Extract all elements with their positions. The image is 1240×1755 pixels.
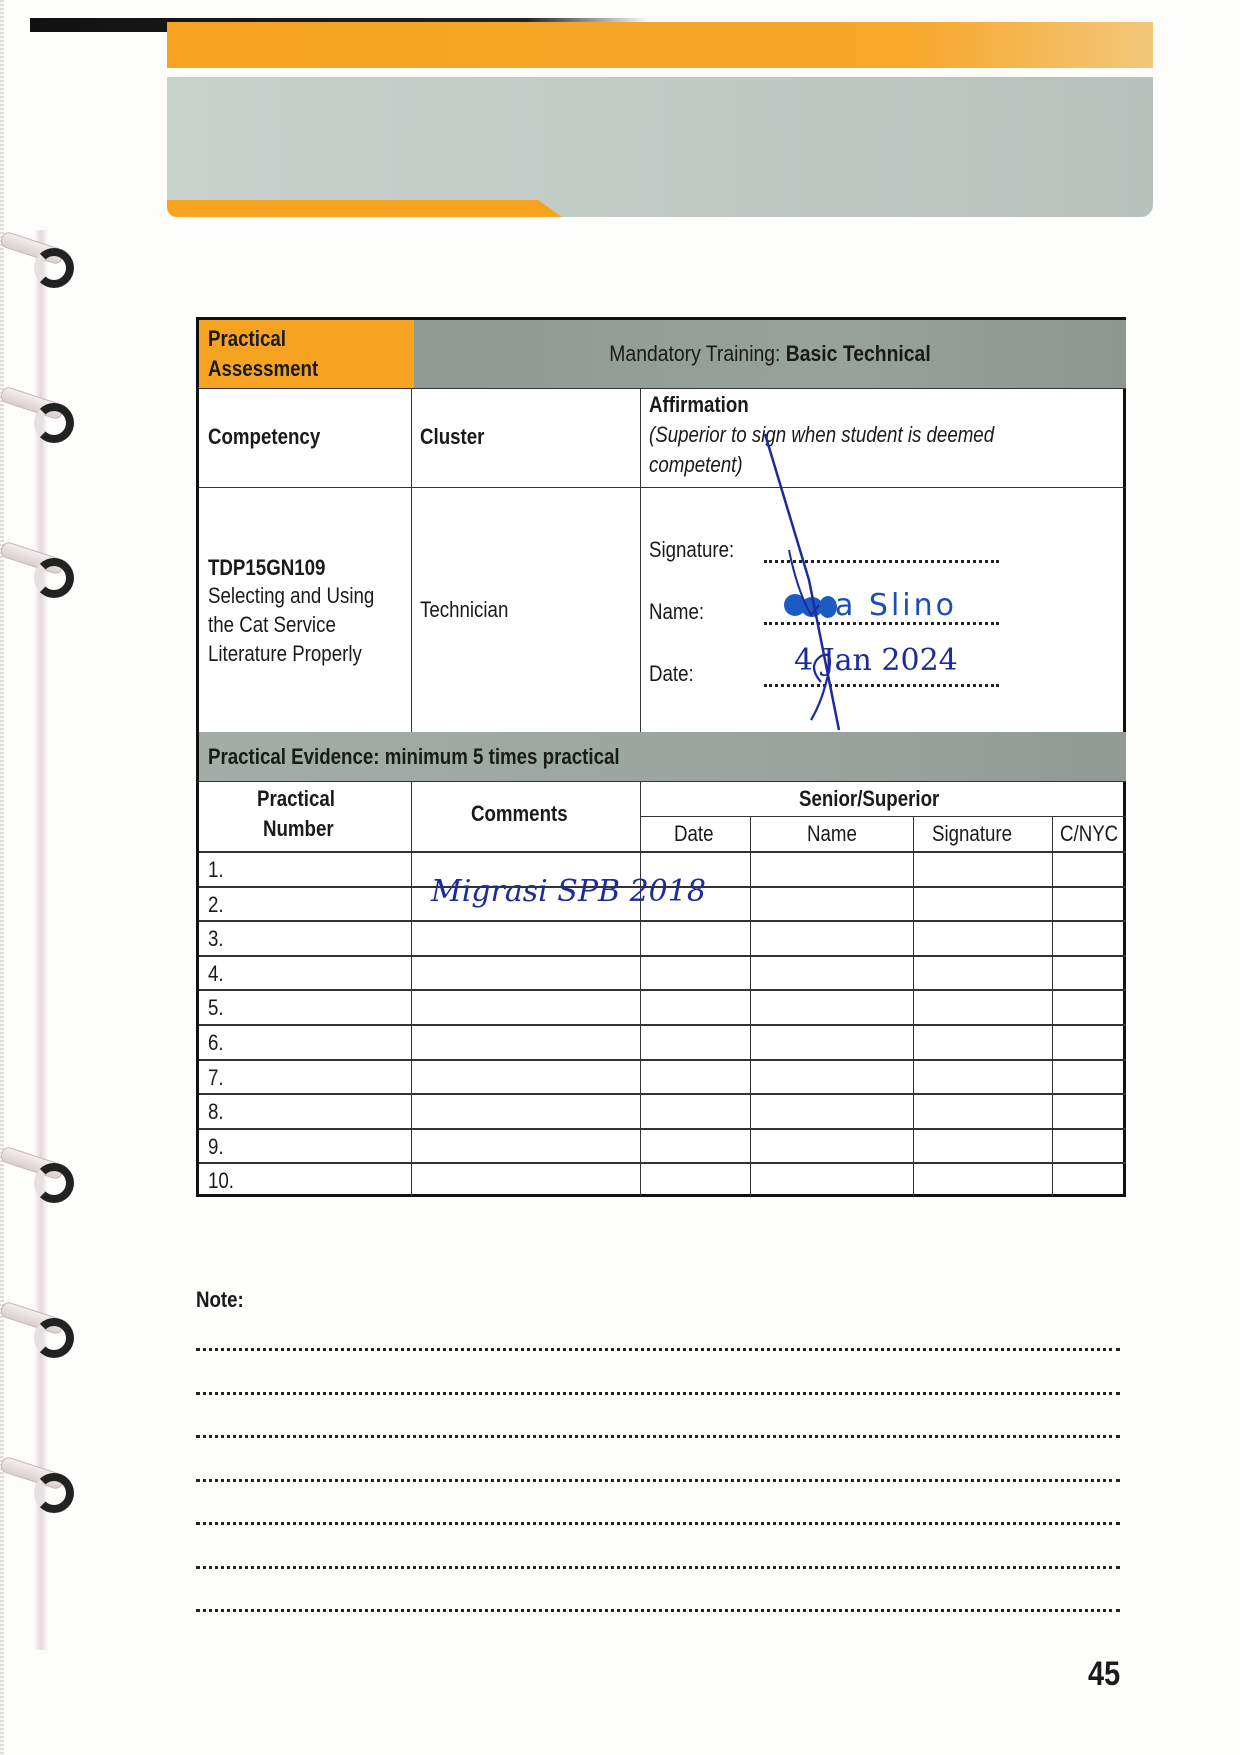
training-title-cell: Mandatory Training: Basic Technical <box>414 320 1126 388</box>
note-line[interactable] <box>196 1522 1120 1525</box>
note-line[interactable] <box>196 1609 1120 1612</box>
practical-number: 10. <box>208 1168 234 1194</box>
practical-number: 4. <box>208 961 224 987</box>
senior-superior-heading: Senior/Superior <box>799 786 939 812</box>
divider <box>199 487 1126 488</box>
note-line[interactable] <box>196 1435 1120 1438</box>
spiral-ring-icon <box>0 1455 90 1515</box>
practical-evidence-title: Practical Evidence: minimum 5 times prac… <box>208 744 620 770</box>
evidence-row-entry-area[interactable] <box>411 955 1126 990</box>
practical-number: 3. <box>208 926 224 952</box>
divider <box>199 388 1126 389</box>
divider <box>640 816 1126 817</box>
competency-heading: Competency <box>208 424 320 450</box>
evidence-row-entry-area[interactable] <box>411 920 1126 955</box>
spiral-ring-icon <box>0 540 90 600</box>
practical-number: 6. <box>208 1030 224 1056</box>
practical-assessment-table: Practical Assessment Mandatory Training:… <box>196 317 1126 1197</box>
header-orange-tab <box>167 200 562 217</box>
spiral-ring-icon <box>0 385 90 445</box>
evidence-row-entry-area[interactable] <box>411 989 1126 1024</box>
practical-assessment-label: Practical <box>208 326 286 352</box>
page-number: 45 <box>1088 1655 1120 1694</box>
practical-number: 2. <box>208 892 224 918</box>
date-label: Date: <box>649 661 694 687</box>
name-column-heading: Name <box>807 821 857 847</box>
note-line[interactable] <box>196 1479 1120 1482</box>
practical-number: 9. <box>208 1134 224 1160</box>
signature-column-heading: Signature <box>932 821 1012 847</box>
evidence-row-entry-area[interactable] <box>411 1059 1126 1094</box>
note-line[interactable] <box>196 1566 1120 1569</box>
competency-description: Selecting and Using <box>208 583 374 609</box>
spiral-ring-icon <box>0 1300 90 1360</box>
note-line[interactable] <box>196 1348 1120 1351</box>
spiral-ring-icon <box>0 230 90 290</box>
practical-number: 1. <box>208 857 224 883</box>
cnyc-column-heading: C/NYC <box>1060 821 1118 847</box>
practical-number-heading: Practical <box>257 786 335 812</box>
note-line[interactable] <box>196 1392 1120 1395</box>
name-label: Name: <box>649 599 704 625</box>
header-orange-band <box>167 22 1153 68</box>
divider <box>199 781 1126 782</box>
header-gray-banner <box>167 77 1153 217</box>
signature-label: Signature: <box>649 537 734 563</box>
competency-code: TDP15GN109 <box>208 555 325 581</box>
evidence-row-entry-area[interactable] <box>411 1024 1126 1059</box>
divider <box>640 388 641 732</box>
practical-number: 8. <box>208 1099 224 1125</box>
evidence-row-entry-area[interactable] <box>411 1162 1126 1197</box>
cluster-value: Technician <box>420 597 508 623</box>
date-column-heading: Date <box>674 821 714 847</box>
affirmation-heading: Affirmation <box>649 392 749 418</box>
evidence-row-entry-area[interactable] <box>411 1128 1126 1163</box>
cluster-heading: Cluster <box>420 424 484 450</box>
training-title: Mandatory Training: Basic Technical <box>457 341 1084 367</box>
practical-evidence-header: Practical Evidence: minimum 5 times prac… <box>199 732 1126 781</box>
signature-scribble-icon <box>759 430 869 740</box>
divider <box>411 388 412 732</box>
evidence-row-entry-area[interactable] <box>411 1093 1126 1128</box>
practical-assessment-label-cell: Practical Assessment <box>199 320 414 388</box>
comment-handwriting: Migrasi SPB 2018 <box>431 874 706 909</box>
note-label: Note: <box>196 1287 244 1313</box>
practical-number: 5. <box>208 995 224 1021</box>
comments-heading: Comments <box>471 801 568 827</box>
spiral-ring-icon <box>0 1145 90 1205</box>
practical-number: 7. <box>208 1065 224 1091</box>
